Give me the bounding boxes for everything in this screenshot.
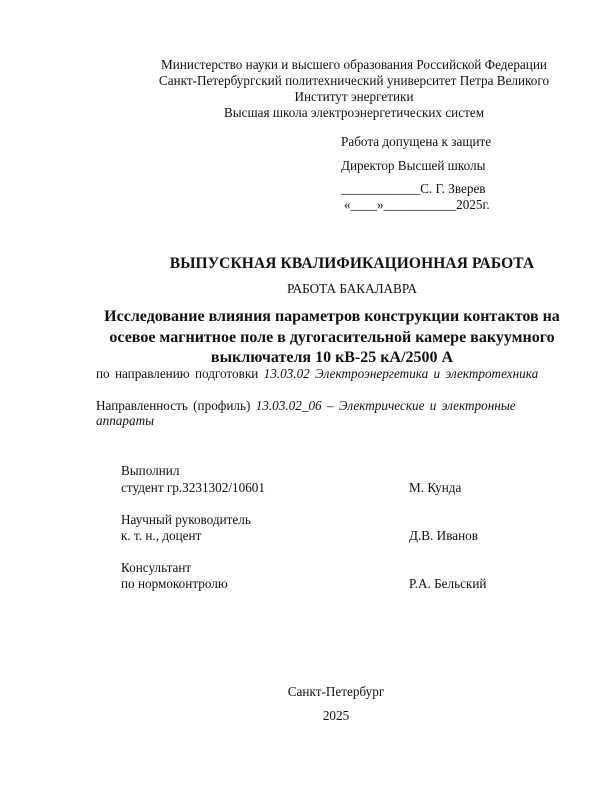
approval-date-line: «____»___________2025г.: [344, 197, 490, 213]
direction-line: по направлению подготовки 13.03.02 Элект…: [96, 366, 538, 382]
signature-role: Выполнил: [121, 462, 179, 479]
topic-line-2: осевое магнитное поле в дугогасительной …: [76, 328, 588, 349]
director-signature-line: ____________С. Г. Зверев: [341, 181, 486, 197]
footer-year: 2025: [30, 708, 612, 724]
signature-role: Консультант: [121, 559, 191, 576]
footer-city: Санкт-Петербург: [30, 684, 612, 700]
signature-role: Научный руководитель: [121, 511, 251, 528]
profile-line: Направленность (профиль) 13.03.02_06 – Э…: [96, 398, 516, 414]
ministry-line: Министерство науки и высшего образования…: [48, 57, 612, 73]
direction-value: 13.03.02 Электроэнергетика и электротехн…: [264, 366, 539, 381]
signature-blank: ____________: [341, 181, 420, 196]
signature-role-detail: по нормоконтролю: [121, 575, 228, 592]
thesis-topic: Исследование влияния параметров конструк…: [76, 307, 588, 369]
profile-value-continued: аппараты: [96, 413, 154, 429]
direction-label: по направлению подготовки: [96, 366, 258, 381]
admitted-to-defense: Работа допущена к защите: [341, 134, 491, 150]
signature-role-detail: студент гр.3231302/10601: [121, 479, 265, 496]
degree-subtitle: РАБОТА БАКАЛАВРА: [46, 281, 612, 297]
school-line: Высшая школа электроэнергетических систе…: [48, 105, 612, 121]
institute-line: Институт энергетики: [48, 89, 612, 105]
work-type-title: ВЫПУСКНАЯ КВАЛИФИКАЦИОННАЯ РАБОТА: [46, 255, 612, 273]
signature-name: Р.А. Бельский: [409, 575, 487, 592]
director-position: Директор Высшей школы: [341, 158, 485, 174]
university-line: Санкт-Петербургский политехнический унив…: [48, 73, 612, 89]
signature-name: Д.В. Иванов: [409, 527, 478, 544]
topic-line-1: Исследование влияния параметров конструк…: [76, 307, 588, 328]
signature-name: М. Кунда: [409, 479, 461, 496]
profile-value: 13.03.02_06 – Электрические и электронны…: [256, 398, 516, 413]
profile-label: Направленность (профиль): [96, 398, 250, 413]
signature-role-detail: к. т. н., доцент: [121, 527, 201, 544]
director-name: С. Г. Зверев: [420, 181, 485, 196]
